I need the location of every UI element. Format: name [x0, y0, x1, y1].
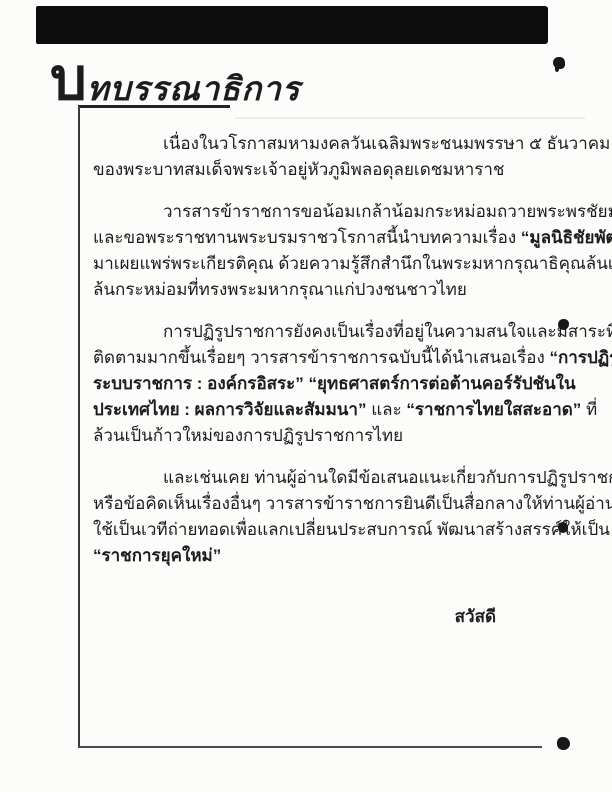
bold-run: “ราชการยุคใหม่”: [93, 546, 221, 565]
title-drop-cap: บ: [50, 52, 87, 108]
text-run: เนื่องในวโรกาสมหามงคลวันเฉลิมพระชนมพรรษา…: [163, 134, 612, 153]
text-line: ติดตามมากขึ้นเรื่อยๆ วารสารข้าราชการฉบับ…: [93, 345, 525, 371]
text-line: ใช้เป็นเวทีถ่ายทอดเพื่อแลกเปลี่ยนประสบกา…: [93, 517, 525, 543]
bold-run: ระบบราชการ : องค์กรอิสระ”: [93, 374, 304, 393]
bold-run: “มูลนิธิชัยพัฒนา”: [521, 228, 612, 247]
title-underline-rule: [78, 105, 230, 108]
bold-run: ประเทศไทย : ผลการวิจัยและสัมมนา”: [93, 400, 366, 419]
text-line: ประเทศไทย : ผลการวิจัยและสัมมนา” และ “รา…: [93, 397, 525, 423]
text-line: มาเผยแพร่พระเกียรติคุณ ด้วยความรู้สึกสำน…: [93, 251, 525, 277]
bold-run: “ยุทธศาสตร์การต่อต้านคอร์รัปชันใน: [309, 374, 576, 393]
text-line: ล้นกระหม่อมที่ทรงพระมหากรุณาแก่ปวงชนชาวไ…: [93, 277, 525, 303]
text-line: และขอพระราชทานพระบรมราชวโรกาสนี้นำบทความ…: [93, 225, 525, 251]
page-title: บทบรรณาธิการ: [50, 46, 301, 108]
bold-run: “การปฏิรูป: [550, 348, 612, 367]
signoff-text: สวัสดี: [455, 603, 496, 630]
text-line: หรือข้อคิดเห็นเรื่องอื่นๆ วารสารข้าราชกา…: [93, 491, 525, 517]
left-vertical-rule: [78, 106, 80, 748]
paragraph: การปฏิรูปราชการยังคงเป็นเรื่องที่อยู่ในค…: [93, 319, 525, 449]
text-run: ล้วนเป็นก้าวใหม่ของการปฏิรูปราชการไทย: [93, 426, 403, 445]
text-run: การปฏิรูปราชการยังคงเป็นเรื่องที่อยู่ในค…: [163, 322, 612, 341]
scan-dot-artifact: [557, 737, 570, 750]
bottom-horizontal-rule: [78, 746, 542, 748]
text-line: ล้วนเป็นก้าวใหม่ของการปฏิรูปราชการไทย: [93, 423, 525, 449]
paragraph: วารสารข้าราชการขอน้อมเกล้าน้อมกระหม่อมถว…: [93, 199, 525, 303]
text-run: มาเผยแพร่พระเกียรติคุณ ด้วยความรู้สึกสำน…: [93, 254, 612, 273]
text-line: วารสารข้าราชการขอน้อมเกล้าน้อมกระหม่อมถว…: [93, 199, 525, 225]
text-run: ที่: [581, 400, 597, 419]
scan-streak-artifact: [235, 117, 585, 119]
text-run: ใช้เป็นเวทีถ่ายทอดเพื่อแลกเปลี่ยนประสบกา…: [93, 520, 610, 539]
scanned-document-page: บทบรรณาธิการ เนื่องในวโรกาสมหามงคลวันเฉล…: [0, 0, 612, 792]
bold-run: “ราชการไทยใสสะอาด”: [406, 400, 581, 419]
text-run: หรือข้อคิดเห็นเรื่องอื่นๆ วารสารข้าราชกา…: [93, 494, 612, 513]
text-line: “ราชการยุคใหม่”: [93, 543, 525, 569]
scan-dot-artifact: [558, 522, 568, 533]
text-line: การปฏิรูปราชการยังคงเป็นเรื่องที่อยู่ในค…: [93, 319, 525, 345]
paragraph: เนื่องในวโรกาสมหามงคลวันเฉลิมพระชนมพรรษา…: [93, 131, 525, 183]
scan-artifact-top-bar: [36, 6, 548, 44]
text-run: และเช่นเคย ท่านผู้อ่านใดมีข้อเสนอแนะเกี่…: [163, 468, 612, 487]
text-run: และ: [366, 400, 406, 419]
text-run: ล้นกระหม่อมที่ทรงพระมหากรุณาแก่ปวงชนชาวไ…: [93, 280, 467, 299]
text-line: ระบบราชการ : องค์กรอิสระ” “ยุทธศาสตร์การ…: [93, 371, 525, 397]
text-run: และขอพระราชทานพระบรมราชวโรกาสนี้นำบทความ…: [93, 228, 521, 247]
title-text: ทบรรณาธิการ: [87, 71, 301, 108]
body-paragraphs: เนื่องในวโรกาสมหามงคลวันเฉลิมพระชนมพรรษา…: [93, 131, 525, 585]
text-line: ของพระบาทสมเด็จพระเจ้าอยู่หัวภูมิพลอดุลย…: [93, 157, 525, 183]
text-run: วารสารข้าราชการขอน้อมเกล้าน้อมกระหม่อมถว…: [163, 202, 612, 221]
scan-dot-tail-artifact: [555, 67, 559, 72]
text-run: ของพระบาทสมเด็จพระเจ้าอยู่หัวภูมิพลอดุลย…: [93, 160, 504, 179]
paragraph: และเช่นเคย ท่านผู้อ่านใดมีข้อเสนอแนะเกี่…: [93, 465, 525, 569]
text-run: ติดตามมากขึ้นเรื่อยๆ วารสารข้าราชการฉบับ…: [93, 348, 550, 367]
text-line: เนื่องในวโรกาสมหามงคลวันเฉลิมพระชนมพรรษา…: [93, 131, 525, 157]
text-line: และเช่นเคย ท่านผู้อ่านใดมีข้อเสนอแนะเกี่…: [93, 465, 525, 491]
